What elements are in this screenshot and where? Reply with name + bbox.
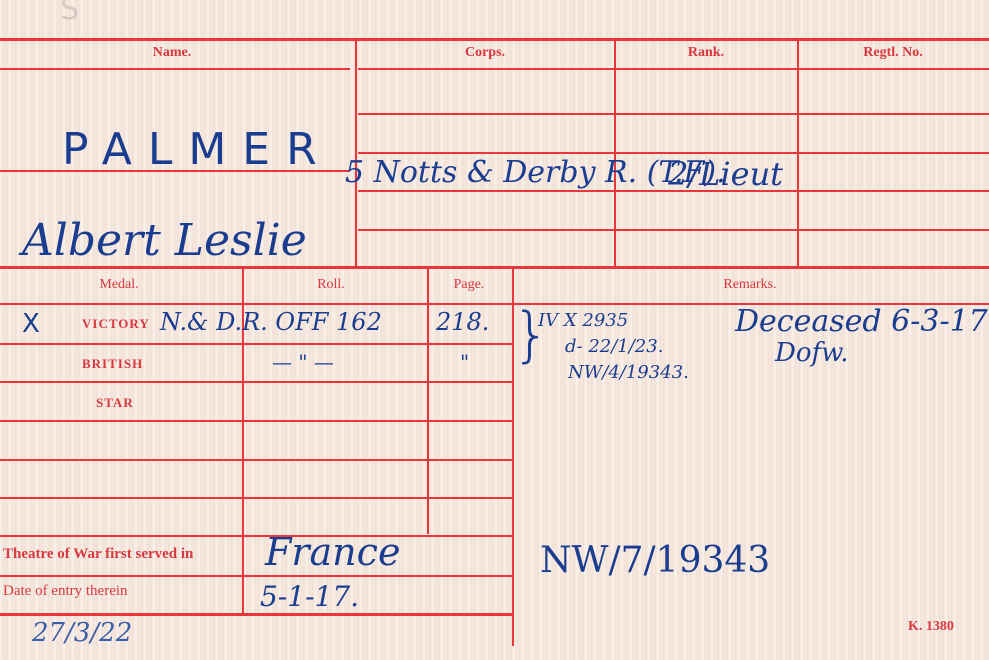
grid-line [358, 152, 989, 154]
medal-check-mark: X [22, 309, 40, 339]
medal-roll: N.& D.R. OFF 162 [160, 308, 382, 336]
medal-name: STAR [96, 395, 134, 411]
grid-line [358, 68, 989, 70]
medal-page: " [460, 350, 469, 374]
corps-header: Corps. [465, 45, 505, 61]
grid-line [358, 113, 989, 115]
reference-number: NW/7/19343 [540, 540, 770, 581]
grid-line [0, 497, 512, 499]
grid-line [0, 535, 512, 537]
page-header: Page. [454, 277, 485, 293]
remarks-line-1: IV X 2935 [538, 310, 628, 331]
remarks-line-2: d- 22/1/23. [565, 336, 663, 357]
grid-line [355, 38, 357, 268]
regtl-no-header: Regtl. No. [863, 45, 923, 61]
grid-line [0, 381, 512, 383]
deceased-note: Deceased 6-3-17 [735, 304, 988, 339]
medal-header: Medal. [99, 277, 138, 293]
medal-name: VICTORY [82, 316, 150, 332]
footer-date: 27/3/22 [32, 618, 132, 648]
grid-line [0, 343, 512, 345]
name-header: Name. [153, 45, 192, 61]
remarks-line-3: NW/4/19343. [568, 362, 689, 383]
forenames: Albert Leslie [22, 215, 307, 266]
remarks-header: Remarks. [723, 277, 776, 293]
medal-index-card: S Name. Corps. Rank. Regtl. No. PALMER A… [0, 0, 989, 660]
grid-line [0, 420, 512, 422]
faded-top-writing: S [60, 0, 79, 27]
grid-line [0, 38, 989, 41]
grid-line [358, 229, 989, 231]
grid-line [0, 613, 512, 616]
grid-line [0, 266, 989, 269]
grid-line [0, 575, 512, 577]
medal-name: BRITISH [82, 356, 143, 372]
entry-date-label: Date of entry therein [3, 583, 128, 600]
theatre-value: France [265, 530, 400, 574]
surname: PALMER [62, 124, 333, 175]
grid-line [614, 38, 616, 268]
grid-line [427, 268, 429, 534]
entry-date-value: 5-1-17. [260, 580, 359, 613]
medal-roll: — " — [272, 350, 334, 374]
grid-line [0, 459, 512, 461]
grid-line [797, 38, 799, 268]
theatre-label: Theatre of War first served in [3, 546, 193, 563]
medal-page: 218. [436, 308, 489, 336]
grid-line [0, 68, 350, 70]
rank-header: Rank. [688, 45, 724, 61]
died-of-wounds-note: Dofw. [775, 338, 849, 368]
rank-value: 2/Lieut [668, 155, 783, 193]
form-number: K. 1380 [908, 619, 954, 635]
roll-header: Roll. [317, 277, 345, 293]
